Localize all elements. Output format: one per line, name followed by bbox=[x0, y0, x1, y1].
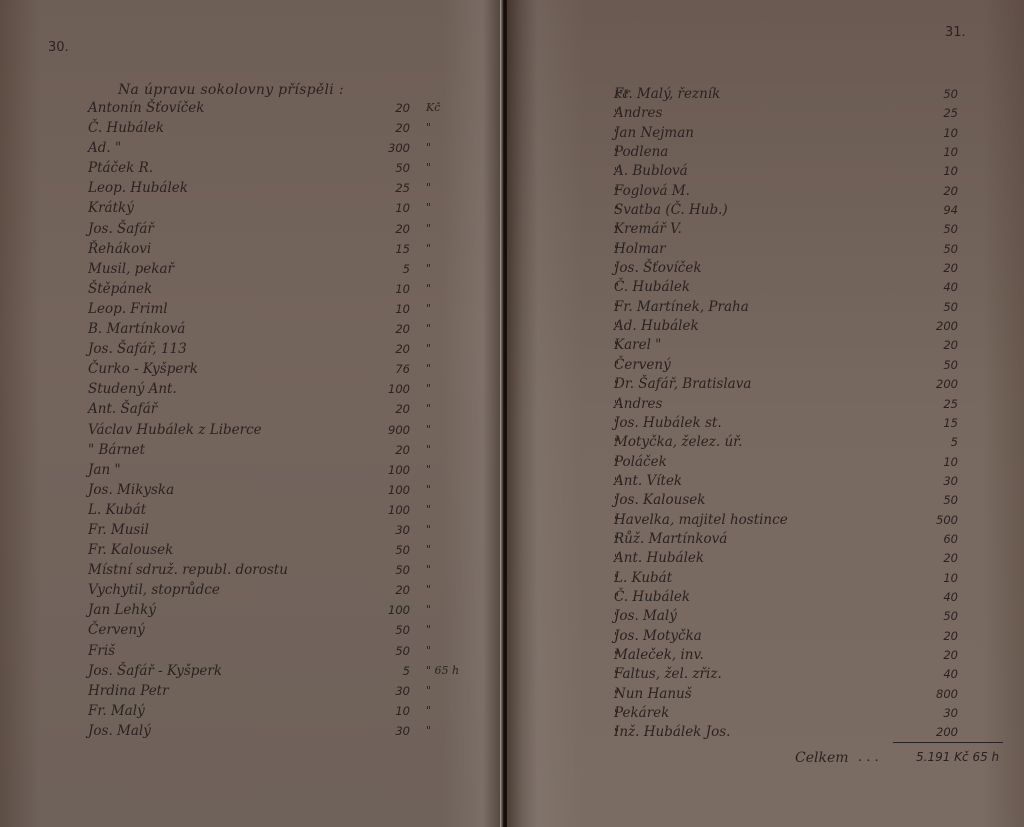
donor-name: Leop. Hubálek bbox=[88, 178, 188, 198]
currency-unit: " bbox=[426, 138, 431, 158]
donation-amount: 20 bbox=[898, 259, 958, 278]
donor-name: Červený bbox=[88, 620, 145, 640]
currency-unit: " bbox=[426, 460, 431, 480]
total-label: Celkem bbox=[795, 750, 849, 766]
currency-unit: " bbox=[426, 420, 431, 440]
ledger-row: Musil, pekař5" bbox=[88, 259, 488, 279]
donor-name: Fr. Musil bbox=[88, 520, 149, 540]
ledger-row: Leop. Friml10" bbox=[88, 299, 488, 319]
page-number: 30. bbox=[48, 40, 69, 55]
donation-amount: 30 bbox=[350, 681, 410, 701]
ledger-row: Ptáček R.50" bbox=[88, 158, 488, 178]
donor-name: Svatba (Č. Hub.) bbox=[614, 201, 728, 220]
donor-name: L. Kubát bbox=[88, 500, 146, 520]
ledger-row: Havelka, majitel hostince500" bbox=[614, 511, 1004, 530]
donation-amount: 10 bbox=[898, 124, 958, 143]
donation-amount: 10 bbox=[350, 701, 410, 721]
ledger-row: L. Kubát10" bbox=[614, 569, 1004, 588]
donation-amount: 100 bbox=[350, 500, 410, 520]
donor-name: Ad. " bbox=[88, 138, 121, 158]
donation-amount: 50 bbox=[898, 607, 958, 626]
currency-unit: " bbox=[426, 158, 431, 178]
donation-amount: 50 bbox=[350, 158, 410, 178]
donation-amount: 15 bbox=[350, 239, 410, 259]
donor-name: Jan Nejman bbox=[614, 124, 694, 143]
ledger-row: L. Kubát100" bbox=[88, 500, 488, 520]
donation-amount: 10 bbox=[898, 453, 958, 472]
ledger-row: Andres25" bbox=[614, 395, 1004, 414]
ledger-row: Poláček10" bbox=[614, 453, 1004, 472]
ledger-row: Jan "100" bbox=[88, 460, 488, 480]
currency-unit: " bbox=[426, 339, 431, 359]
donor-name: Fr. Kalousek bbox=[88, 540, 173, 560]
donation-amount: 50 bbox=[898, 298, 958, 317]
ledger-row: Karel "20" bbox=[614, 336, 1004, 355]
donation-amount: 5 bbox=[350, 661, 410, 681]
donation-amount: 20 bbox=[350, 118, 410, 138]
ledger-row: Ant. Šafář20" bbox=[88, 399, 488, 419]
donation-amount: 50 bbox=[898, 491, 958, 510]
donation-amount: 100 bbox=[350, 460, 410, 480]
donation-amount: 900 bbox=[350, 420, 410, 440]
donor-name: Nun Hanuš bbox=[614, 685, 692, 704]
currency-unit: " bbox=[426, 239, 431, 259]
donor-name: Čurko - Kyšperk bbox=[88, 359, 198, 379]
ledger-row: Fr. Malý10" bbox=[88, 701, 488, 721]
donor-name: Růž. Martínková bbox=[614, 530, 727, 549]
donation-amount: 20 bbox=[350, 339, 410, 359]
donation-amount: 60 bbox=[898, 530, 958, 549]
ledger-row: Jos. Hubálek st.15" bbox=[614, 414, 1004, 433]
currency-unit: " bbox=[426, 620, 431, 640]
ledger-row: Jos. Šafář20" bbox=[88, 219, 488, 239]
ledger-row: Kremář V.50" bbox=[614, 220, 1004, 239]
ledger-row: Jos. Šafář - Kyšperk5" 65 h bbox=[88, 661, 488, 681]
currency-unit: Kč bbox=[426, 98, 440, 118]
ledger-row: " Bárnet20" bbox=[88, 440, 488, 460]
donor-name: Ant. Vítek bbox=[614, 472, 682, 491]
donation-amount: 20 bbox=[350, 219, 410, 239]
currency-unit: " bbox=[426, 721, 431, 741]
ledger-row: Antonín Šťovíček20Kč bbox=[88, 98, 488, 118]
currency-unit: " bbox=[426, 279, 431, 299]
donor-name: Jos. Šafář - Kyšperk bbox=[88, 661, 222, 681]
currency-unit: " bbox=[426, 520, 431, 540]
donation-amount: 500 bbox=[898, 511, 958, 530]
donation-amount: 10 bbox=[350, 198, 410, 218]
donor-name: Foglová M. bbox=[614, 182, 690, 201]
ledger-row: Jos. Kalousek50" bbox=[614, 491, 1004, 510]
donation-amount: 10 bbox=[350, 299, 410, 319]
donation-amount: 20 bbox=[350, 399, 410, 419]
donor-name: Jos. Šafář bbox=[88, 219, 154, 239]
donor-name: Ant. Hubálek bbox=[614, 549, 704, 568]
ledger-row: Pekárek30" bbox=[614, 704, 1004, 723]
ledger-row: Inž. Hubálek Jos.200" bbox=[614, 723, 1004, 742]
donation-amount: 5 bbox=[350, 259, 410, 279]
donation-amount: 76 bbox=[350, 359, 410, 379]
ledger-row: Podlena10" bbox=[614, 143, 1004, 162]
ledger-row: Fr. Martínek, Praha50" bbox=[614, 298, 1004, 317]
ledger-row: Č. Hubálek20" bbox=[88, 118, 488, 138]
donor-name: Jan " bbox=[88, 460, 121, 480]
currency-unit: " bbox=[426, 580, 431, 600]
donor-name: Jos. Šafář, 113 bbox=[88, 339, 187, 359]
donor-name: Havelka, majitel hostince bbox=[614, 511, 788, 530]
donation-amount: 10 bbox=[350, 279, 410, 299]
ledger-row: Svatba (Č. Hub.)94" bbox=[614, 201, 1004, 220]
donation-amount: 10 bbox=[898, 569, 958, 588]
donor-name: Ptáček R. bbox=[88, 158, 153, 178]
donor-name: A. Bublová bbox=[614, 162, 688, 181]
donor-name: Ad. Hubálek bbox=[614, 317, 699, 336]
donor-name: Antonín Šťovíček bbox=[88, 98, 204, 118]
donor-name: " Bárnet bbox=[88, 440, 145, 460]
currency-unit: " bbox=[426, 701, 431, 721]
donation-amount: 50 bbox=[350, 560, 410, 580]
ledger-row: Štěpánek10" bbox=[88, 279, 488, 299]
ledger-row: Růž. Martínková60" bbox=[614, 530, 1004, 549]
ledger-row: Jos. Šťovíček20" bbox=[614, 259, 1004, 278]
donation-amount: 20 bbox=[898, 182, 958, 201]
donation-amount: 200 bbox=[898, 375, 958, 394]
ledger-row: Krátký10" bbox=[88, 198, 488, 218]
ledger-row: Motyčka, želez. úř.5" bbox=[614, 433, 1004, 452]
total-underline bbox=[893, 742, 1003, 743]
donor-name: Holmar bbox=[614, 240, 666, 259]
donation-amount: 94 bbox=[898, 201, 958, 220]
currency-unit: " bbox=[426, 480, 431, 500]
donor-name: Štěpánek bbox=[88, 279, 152, 299]
currency-unit: " bbox=[426, 219, 431, 239]
ledger-row: Místní sdruž. republ. dorostu50" bbox=[88, 560, 488, 580]
ledger-row: Nun Hanuš800" bbox=[614, 685, 1004, 704]
donor-list-left: Antonín Šťovíček20KčČ. Hubálek20"Ad. "30… bbox=[88, 98, 488, 741]
currency-unit: " bbox=[426, 319, 431, 339]
ledger-row: Leop. Hubálek25" bbox=[88, 178, 488, 198]
page-heading: Na úpravu sokolovny příspěli : bbox=[118, 82, 344, 98]
currency-unit: " bbox=[426, 500, 431, 520]
donation-amount: 20 bbox=[350, 440, 410, 460]
donation-amount: 50 bbox=[898, 356, 958, 375]
ledger-row: Ant. Vítek30" bbox=[614, 472, 1004, 491]
donor-name: Jan Lehký bbox=[88, 600, 156, 620]
donor-name: Leop. Friml bbox=[88, 299, 168, 319]
ledger-row: Dr. Šafář, Bratislava200" bbox=[614, 375, 1004, 394]
donation-amount: 15 bbox=[898, 414, 958, 433]
donor-name: Jos. Mikyska bbox=[88, 480, 174, 500]
donor-name: B. Martínková bbox=[88, 319, 185, 339]
ledger-row: A. Bublová10" bbox=[614, 162, 1004, 181]
donor-name: Kremář V. bbox=[614, 220, 682, 239]
ledger-row: Fr. Kalousek50" bbox=[88, 540, 488, 560]
donation-amount: 50 bbox=[898, 240, 958, 259]
donor-name: Maleček, inv. bbox=[614, 646, 704, 665]
donor-name: Poláček bbox=[614, 453, 667, 472]
donation-amount: 50 bbox=[350, 540, 410, 560]
donor-name: Dr. Šafář, Bratislava bbox=[614, 375, 751, 394]
donation-amount: 100 bbox=[350, 480, 410, 500]
donation-amount: 20 bbox=[350, 319, 410, 339]
donor-name: Václav Hubálek z Liberce bbox=[88, 420, 262, 440]
donation-amount: 30 bbox=[350, 520, 410, 540]
donation-amount: 10 bbox=[898, 162, 958, 181]
donor-name: Fr. Malý, řezník bbox=[614, 85, 720, 104]
donation-amount: 50 bbox=[898, 220, 958, 239]
donation-amount: 50 bbox=[898, 85, 958, 104]
donor-name: Ant. Šafář bbox=[88, 399, 157, 419]
donor-name: L. Kubát bbox=[614, 569, 672, 588]
donor-name: Musil, pekař bbox=[88, 259, 174, 279]
donation-amount: 20 bbox=[898, 627, 958, 646]
ledger-row: Ad. Hubálek200" bbox=[614, 317, 1004, 336]
donor-name: Č. Hubálek bbox=[88, 118, 164, 138]
donor-name: Jos. Kalousek bbox=[614, 491, 705, 510]
donation-amount: 40 bbox=[898, 588, 958, 607]
donor-name: Karel " bbox=[614, 336, 661, 355]
donation-amount: 50 bbox=[350, 620, 410, 640]
donor-name: Pekárek bbox=[614, 704, 669, 723]
donation-amount: 100 bbox=[350, 379, 410, 399]
donor-name: Č. Hubálek bbox=[614, 278, 690, 297]
donor-name: Andres bbox=[614, 395, 662, 414]
ledger-row: Fr. Musil30" bbox=[88, 520, 488, 540]
ledger-row: Ad. "300" bbox=[88, 138, 488, 158]
donor-name: Motyčka, želez. úř. bbox=[614, 433, 742, 452]
ledger-row: Č. Hubálek40" bbox=[614, 588, 1004, 607]
ledger-row: Friš50" bbox=[88, 641, 488, 661]
donation-amount: 30 bbox=[898, 704, 958, 723]
donor-name: Jos. Motyčka bbox=[614, 627, 702, 646]
total-leader-dots: . . . bbox=[858, 750, 879, 765]
ledger-row: Červený50" bbox=[88, 620, 488, 640]
donation-amount: 800 bbox=[898, 685, 958, 704]
donation-amount: 40 bbox=[898, 278, 958, 297]
ledger-row: Fr. Malý, řezník50Kč bbox=[614, 85, 1004, 104]
donation-amount: 300 bbox=[350, 138, 410, 158]
donor-list-right: Fr. Malý, řezník50KčAndres25"Jan Nejman1… bbox=[614, 85, 1004, 743]
donor-name: Jos. Hubálek st. bbox=[614, 414, 722, 433]
currency-unit: " bbox=[426, 118, 431, 138]
donor-name: Řehákovi bbox=[88, 239, 151, 259]
ledger-row: Jos. Motyčka20" bbox=[614, 627, 1004, 646]
donation-amount: 25 bbox=[350, 178, 410, 198]
donor-name: Friš bbox=[88, 641, 115, 661]
ledger-row: Andres25" bbox=[614, 104, 1004, 123]
donation-amount: 20 bbox=[898, 336, 958, 355]
currency-unit: " bbox=[426, 399, 431, 419]
currency-unit: " 65 h bbox=[426, 661, 459, 681]
currency-unit: " bbox=[426, 440, 431, 460]
donation-amount: 50 bbox=[350, 641, 410, 661]
page-number-right: 31. bbox=[945, 25, 966, 40]
ledger-row: Václav Hubálek z Liberce900" bbox=[88, 420, 488, 440]
currency-unit: " bbox=[426, 379, 431, 399]
total-value: 5.191 Kč 65 h bbox=[916, 750, 999, 764]
donor-name: Andres bbox=[614, 104, 662, 123]
ledger-row: Jan Lehký100" bbox=[88, 600, 488, 620]
open-ledger-book: 30. Na úpravu sokolovny příspěli : Anton… bbox=[0, 0, 1024, 827]
currency-unit: " bbox=[426, 681, 431, 701]
ledger-row: Ant. Hubálek20" bbox=[614, 549, 1004, 568]
ledger-row: Jos. Malý30" bbox=[88, 721, 488, 741]
donor-name: Červený bbox=[614, 356, 671, 375]
donor-name: Fr. Martínek, Praha bbox=[614, 298, 749, 317]
donation-amount: 200 bbox=[898, 723, 958, 742]
donor-name: Inž. Hubálek Jos. bbox=[614, 723, 730, 742]
donation-amount: 20 bbox=[898, 549, 958, 568]
donor-name: Fr. Malý bbox=[88, 701, 145, 721]
donation-amount: 30 bbox=[898, 472, 958, 491]
ledger-row: Jos. Mikyska100" bbox=[88, 480, 488, 500]
donor-name: Místní sdruž. republ. dorostu bbox=[88, 560, 288, 580]
donor-name: Krátký bbox=[88, 198, 134, 218]
ledger-row: Vychytil, stoprůdce20" bbox=[88, 580, 488, 600]
ledger-row: Č. Hubálek40" bbox=[614, 278, 1004, 297]
currency-unit: " bbox=[426, 299, 431, 319]
ledger-row: Jos. Malý50" bbox=[614, 607, 1004, 626]
donation-amount: 200 bbox=[898, 317, 958, 336]
left-page: 30. Na úpravu sokolovny příspěli : Anton… bbox=[0, 0, 503, 827]
donor-name: Jos. Šťovíček bbox=[614, 259, 702, 278]
donation-amount: 10 bbox=[898, 143, 958, 162]
donation-amount: 5 bbox=[898, 433, 958, 452]
donor-name: Č. Hubálek bbox=[614, 588, 690, 607]
currency-unit: " bbox=[426, 259, 431, 279]
donation-amount: 25 bbox=[898, 104, 958, 123]
currency-unit: " bbox=[426, 600, 431, 620]
donation-amount: 30 bbox=[350, 721, 410, 741]
donation-amount: 25 bbox=[898, 395, 958, 414]
currency-unit: " bbox=[426, 540, 431, 560]
donor-name: Podlena bbox=[614, 143, 668, 162]
currency-unit: " bbox=[426, 178, 431, 198]
donor-name: Hrdina Petr bbox=[88, 681, 169, 701]
currency-unit: " bbox=[426, 560, 431, 580]
donation-amount: 20 bbox=[898, 646, 958, 665]
donation-amount: 100 bbox=[350, 600, 410, 620]
donation-amount: 20 bbox=[350, 98, 410, 118]
ledger-row: Foglová M.20" bbox=[614, 182, 1004, 201]
ledger-row: B. Martínková20" bbox=[88, 319, 488, 339]
donor-name: Faltus, žel. zřiz. bbox=[614, 665, 722, 684]
ledger-row: Holmar50" bbox=[614, 240, 1004, 259]
donation-amount: 20 bbox=[350, 580, 410, 600]
currency-unit: " bbox=[426, 641, 431, 661]
ledger-row: Studený Ant.100" bbox=[88, 379, 488, 399]
ledger-row: Faltus, žel. zřiz.40" bbox=[614, 665, 1004, 684]
donor-name: Jos. Malý bbox=[88, 721, 151, 741]
donor-name: Jos. Malý bbox=[614, 607, 677, 626]
ledger-row: Hrdina Petr30" bbox=[88, 681, 488, 701]
ledger-row: Červený50" bbox=[614, 356, 1004, 375]
donor-name: Vychytil, stoprůdce bbox=[88, 580, 220, 600]
ledger-row: Jan Nejman10" bbox=[614, 124, 1004, 143]
donor-name: Studený Ant. bbox=[88, 379, 177, 399]
ledger-row: Maleček, inv.20" bbox=[614, 646, 1004, 665]
currency-unit: " bbox=[426, 359, 431, 379]
ledger-row: Řehákovi15" bbox=[88, 239, 488, 259]
ledger-row: Čurko - Kyšperk76" bbox=[88, 359, 488, 379]
currency-unit: " bbox=[426, 198, 431, 218]
donation-amount: 40 bbox=[898, 665, 958, 684]
ledger-row: Jos. Šafář, 11320" bbox=[88, 339, 488, 359]
